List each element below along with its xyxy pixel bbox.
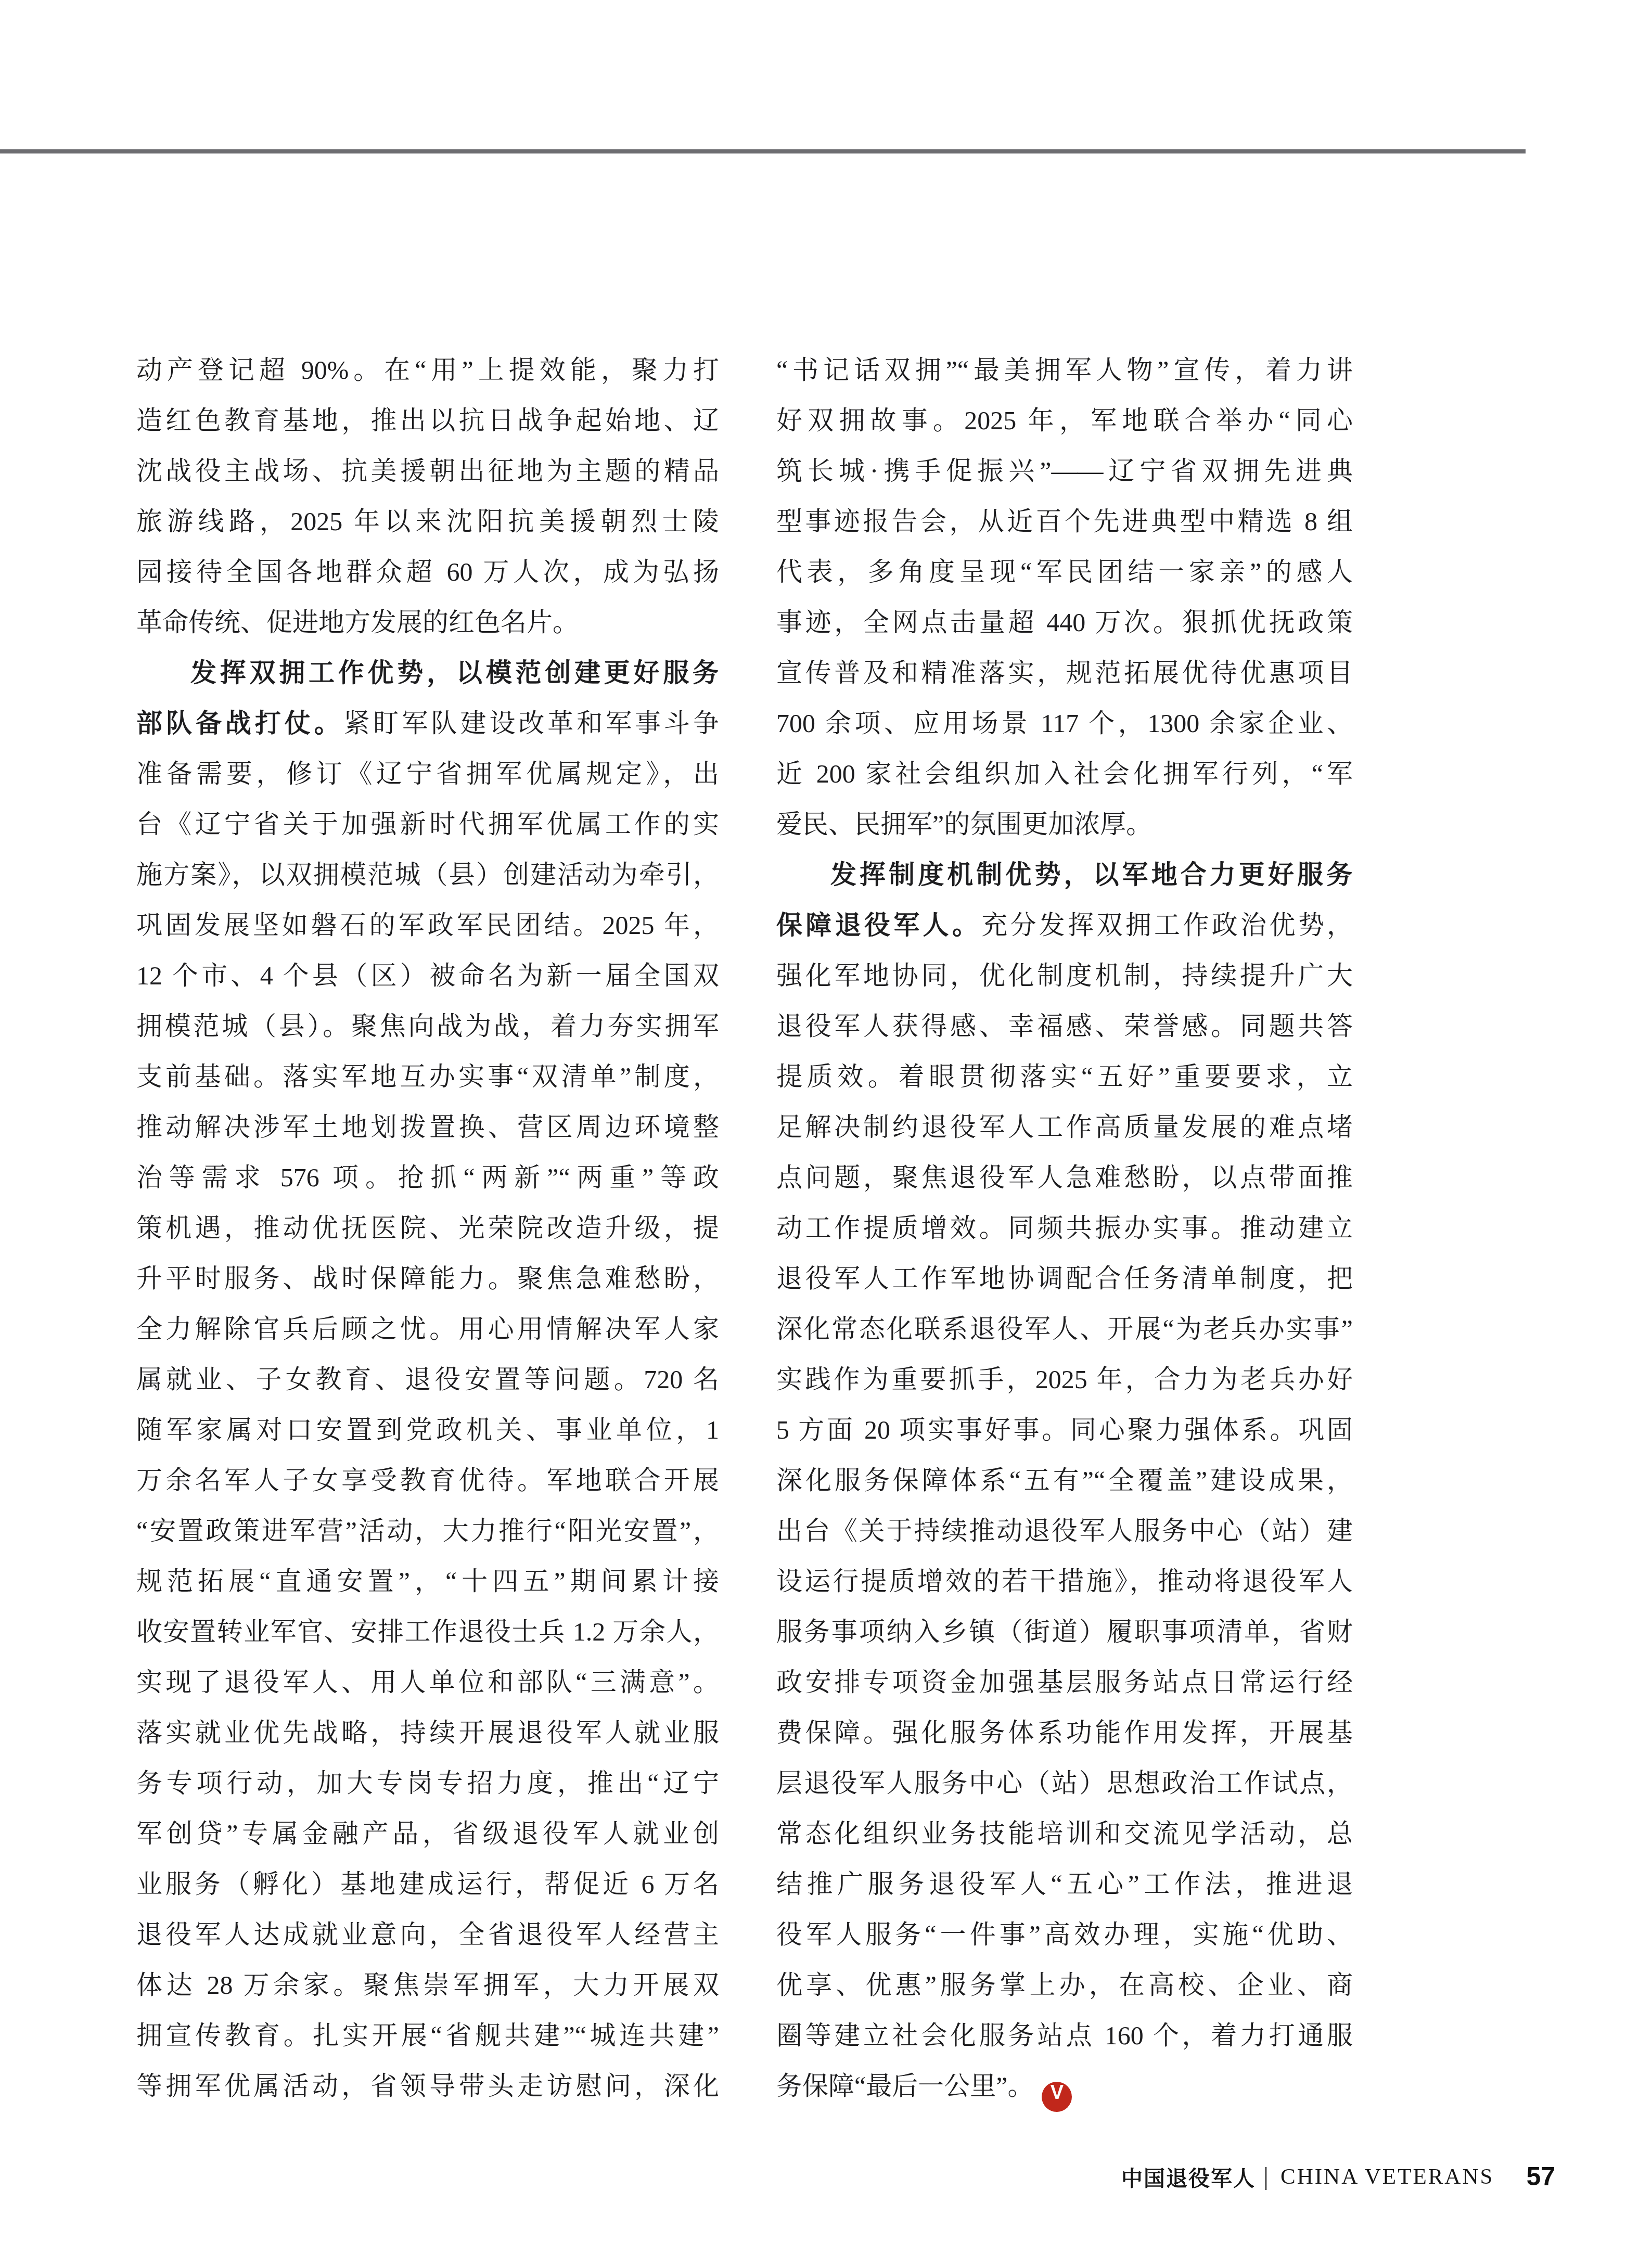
text-line: 台《辽宁省关于加强新时代拥军优属工作的实: [136, 799, 719, 850]
text-line: 部队备战打仗。紧盯军队建设改革和军事斗争: [136, 698, 719, 749]
text-line: 规范拓展“直通安置”，“十四五”期间累计接: [136, 1556, 719, 1607]
text-line: 支前基础。落实军地互办实事“双清单”制度，: [136, 1052, 719, 1102]
text-line: 结推广服务退役军人“五心”工作法，推进退: [776, 1859, 1353, 1910]
text-line: 近 200 家社会组织加入社会化拥军行列，“军: [776, 749, 1353, 799]
text-line: 革命传统、促进地方发展的红色名片。: [136, 597, 719, 648]
header-rule: [0, 149, 1526, 153]
magazine-page: 动产登记超 90%。在“用”上提效能，聚力打造红色教育基地，推出以抗日战争起始地…: [0, 0, 1652, 2242]
text-line: “安置政策进军营”活动，大力推行“阳光安置”，: [136, 1506, 719, 1556]
text-line: “书记话双拥”“最美拥军人物”宣传，着力讲: [776, 345, 1353, 395]
paragraph-lead-bold: 发挥制度机制优势，以军地合力更好服务: [830, 860, 1353, 889]
text-line: 准备需要，修订《辽宁省拥军优属规定》，出: [136, 749, 719, 799]
text-line: 治等需求 576 项。抢抓“两新”“两重”等政: [136, 1152, 719, 1203]
text-line: 万余名军人子女享受教育优待。军地联合开展: [136, 1455, 719, 1506]
text-line: 700 余项、应用场景 117 个，1300 余家企业、: [776, 698, 1353, 749]
text-line: 强化军地协同，优化制度机制，持续提升广大: [776, 951, 1353, 1001]
text-line: 落实就业优先战略，持续开展退役军人就业服: [136, 1708, 719, 1758]
column-right: “书记话双拥”“最美拥军人物”宣传，着力讲好双拥故事。2025 年，军地联合举办…: [776, 345, 1353, 2111]
text-line: 常态化组织业务技能培训和交流见学活动，总: [776, 1809, 1353, 1859]
paragraph-lead-bold: 保障退役军人。: [776, 911, 981, 940]
text-line: 升平时服务、战时保障能力。聚焦急难愁盼，: [136, 1253, 719, 1304]
text-line: 圈等建立社会化服务站点 160 个，着力打通服: [776, 2010, 1353, 2061]
text-line: 政安排专项资金加强基层服务站点日常运行经: [776, 1657, 1353, 1708]
paragraph-lead-bold: 发挥双拥工作优势，以模范创建更好服务: [190, 658, 719, 687]
text-line: 策机遇，推动优抚医院、光荣院改造升级，提: [136, 1203, 719, 1253]
text-line: 拥宣传教育。扎实开展“省舰共建”“城连共建”: [136, 2010, 719, 2061]
text-line: 深化服务保障体系“五有”“全覆盖”建设成果，: [776, 1455, 1353, 1506]
text-line: 随军家属对口安置到党政机关、事业单位，1: [136, 1405, 719, 1455]
text-line: 实践作为重要抓手，2025 年，合力为老兵办好: [776, 1354, 1353, 1405]
magazine-title-en: CHINA VETERANS: [1280, 2164, 1494, 2189]
text-line: 全力解除官兵后顾之忧。用心用情解决军人家: [136, 1304, 719, 1354]
text-line: 点问题，聚焦退役军人急难愁盼，以点带面推: [776, 1152, 1353, 1203]
footer: 中国退役军人 | CHINA VETERANS 57: [1121, 2158, 1555, 2195]
text-line: 型事迹报告会，从近百个先进典型中精选 8 组: [776, 496, 1353, 547]
text-line: 退役军人获得感、幸福感、荣誉感。同题共答: [776, 1001, 1353, 1052]
footer-divider: |: [1264, 2162, 1267, 2190]
paragraph-lead-bold: 部队备战打仗。: [136, 709, 344, 738]
text-line: 业服务（孵化）基地建成运行，帮促近 6 万名: [136, 1859, 719, 1910]
text-line: 旅游线路，2025 年以来沈阳抗美援朝烈士陵: [136, 496, 719, 547]
text-line: 费保障。强化服务体系功能作用发挥，开展基: [776, 1708, 1353, 1758]
text-line: 深化常态化联系退役军人、开展“为老兵办实事”: [776, 1304, 1353, 1354]
text-line: 务专项行动，加大专岗专招力度，推出“辽宁: [136, 1758, 719, 1809]
text-line: 服务事项纳入乡镇（街道）履职事项清单，省财: [776, 1607, 1353, 1657]
text-line: 施方案》，以双拥模范城（县）创建活动为牵引，: [136, 850, 719, 900]
text-line: 军创贷”专属金融产品，省级退役军人就业创: [136, 1809, 719, 1859]
text-line: 发挥制度机制优势，以军地合力更好服务: [776, 850, 1353, 900]
text-line: 退役军人工作军地协调配合任务清单制度，把: [776, 1253, 1353, 1304]
magazine-title-cn: 中国退役军人: [1121, 2161, 1256, 2192]
text-line: 沈战役主战场、抗美援朝出征地为主题的精品: [136, 446, 719, 496]
text-line: 优享、优惠”服务掌上办，在高校、企业、商: [776, 1960, 1353, 2010]
text-line: 推动解决涉军土地划拨置换、营区周边环境整: [136, 1102, 719, 1152]
text-line: 足解决制约退役军人工作高质量发展的难点堵: [776, 1102, 1353, 1152]
text-line: 爱民、民拥军”的氛围更加浓厚。: [776, 799, 1353, 850]
text-line: 设运行提质增效的若干措施》，推动将退役军人: [776, 1556, 1353, 1607]
text-line: 役军人服务“一件事”高效办理，实施“优助、: [776, 1910, 1353, 1960]
text-line: 造红色教育基地，推出以抗日战争起始地、辽: [136, 395, 719, 446]
text-line: 代表，多角度呈现“军民团结一家亲”的感人: [776, 547, 1353, 597]
text-line: 出台《关于持续推动退役军人服务中心（站）建: [776, 1506, 1353, 1556]
text-line: 动工作提质增效。同频共振办实事。推动建立: [776, 1203, 1353, 1253]
text-line: 收安置转业军官、安排工作退役士兵 1.2 万余人，: [136, 1607, 719, 1657]
text-line: 好双拥故事。2025 年，军地联合举办“同心: [776, 395, 1353, 446]
text-line: 宣传普及和精准落实，规范拓展优待优惠项目: [776, 648, 1353, 698]
text-line: 动产登记超 90%。在“用”上提效能，聚力打: [136, 345, 719, 395]
text-line: 园接待全国各地群众超 60 万人次，成为弘扬: [136, 547, 719, 597]
text-line: 实现了退役军人、用人单位和部队“三满意”。: [136, 1657, 719, 1708]
text-line: 提质效。着眼贯彻落实“五好”重要要求，立: [776, 1052, 1353, 1102]
text-line: 务保障“最后一公里”。V: [776, 2061, 1353, 2111]
text-line: 事迹，全网点击量超 440 万次。狠抓优抚政策: [776, 597, 1353, 648]
text-line: 5 方面 20 项实事好事。同心聚力强体系。巩固: [776, 1405, 1353, 1455]
text-line: 等拥军优属活动，省领导带头走访慰问，深化: [136, 2061, 719, 2111]
page-number: 57: [1526, 2161, 1555, 2192]
article-end-mark-icon: V: [1042, 2082, 1072, 2112]
text-line: 12 个市、4 个县（区）被命名为新一届全国双: [136, 951, 719, 1001]
text-line: 拥模范城（县）。聚焦向战为战，着力夯实拥军: [136, 1001, 719, 1052]
text-line: 保障退役军人。充分发挥双拥工作政治优势，: [776, 900, 1353, 951]
text-line: 筑长城·携手促振兴”——辽宁省双拥先进典: [776, 446, 1353, 496]
text-line: 属就业、子女教育、退役安置等问题。720 名: [136, 1354, 719, 1405]
text-line: 巩固发展坚如磐石的军政军民团结。2025 年，: [136, 900, 719, 951]
text-line: 层退役军人服务中心（站）思想政治工作试点，: [776, 1758, 1353, 1809]
text-line: 发挥双拥工作优势，以模范创建更好服务: [136, 648, 719, 698]
text-line: 体达 28 万余家。聚焦崇军拥军，大力开展双: [136, 1960, 719, 2010]
column-left: 动产登记超 90%。在“用”上提效能，聚力打造红色教育基地，推出以抗日战争起始地…: [136, 345, 719, 2111]
text-line: 退役军人达成就业意向，全省退役军人经营主: [136, 1910, 719, 1960]
